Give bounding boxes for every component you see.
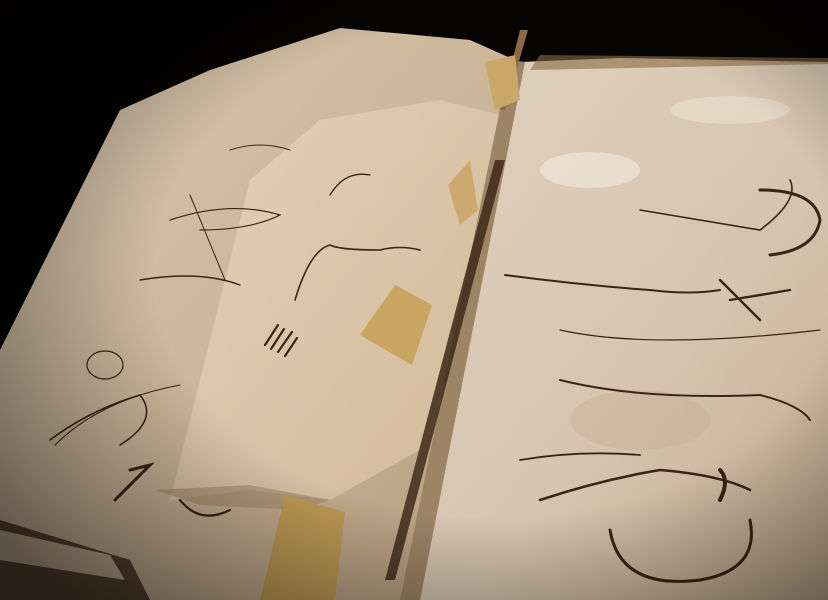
manuscript-photo: Bigarrel 1712 Leone Jenaro Ghereon Anspe… — [0, 0, 828, 600]
manuscript-illustration — [0, 0, 828, 600]
